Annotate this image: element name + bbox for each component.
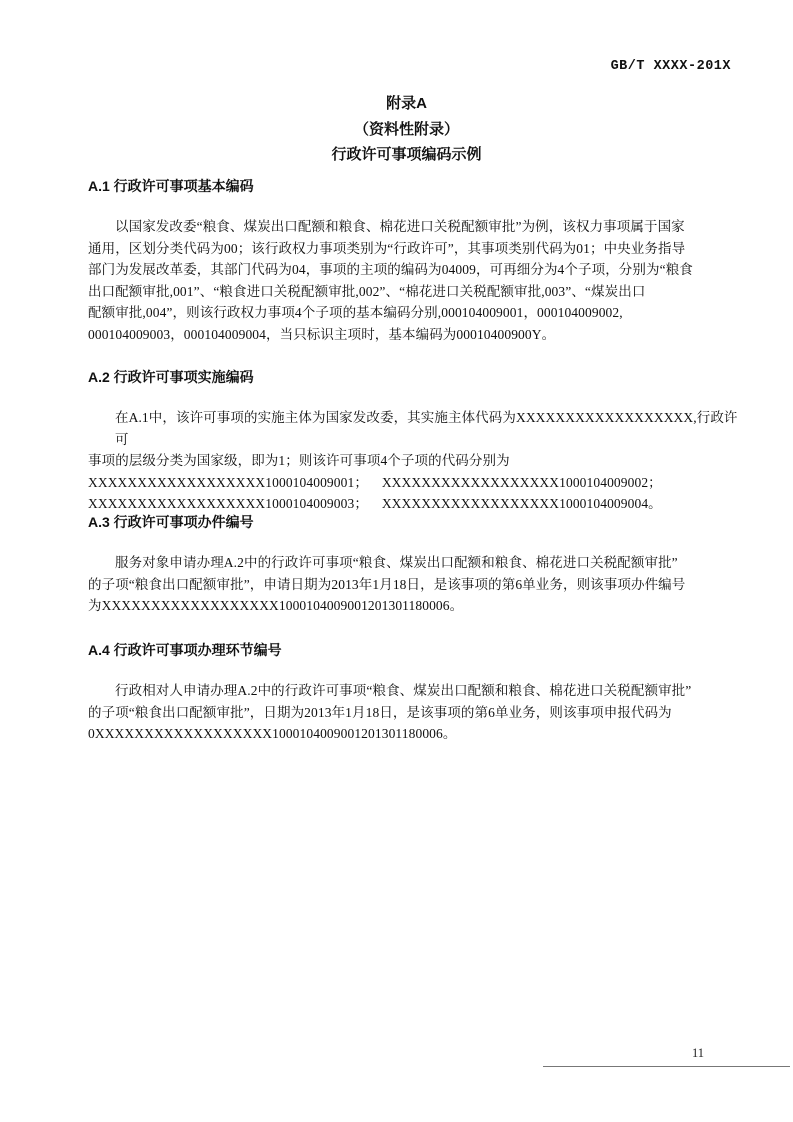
section-heading-a3: A.3 行政许可事项办件编号 — [88, 512, 725, 532]
paragraph-line: 的子项“粮食出口配额审批”，申请日期为2013年1月18日，是该事项的第6单业务… — [88, 574, 738, 596]
paragraph-line: 配额审批,004”，则该行政权力事项4个子项的基本编码分别,0001040090… — [88, 302, 738, 324]
section-heading-a2: A.2 行政许可事项实施编码 — [88, 367, 725, 387]
section-a2-paragraph: 在A.1中，该许可事项的实施主体为国家发改委，其实施主体代码为XXXXXXXXX… — [88, 407, 738, 515]
section-heading-a4: A.4 行政许可事项办理环节编号 — [88, 640, 725, 660]
section-a3-paragraph: 服务对象申请办理A.2中的行政许可事项“粮食、煤炭出口配额和粮食、棉花进口关税配… — [88, 552, 738, 617]
document-page: GB/T XXXX-201X 附录A （资料性附录） 行政许可事项编码示例 A.… — [0, 0, 793, 1122]
appendix-label: 附录A — [88, 91, 725, 117]
paragraph-line: 通用，区划分类代码为00；该行政权力事项类别为“行政许可”，其事项类别代码为01… — [88, 238, 738, 260]
section-heading-a1: A.1 行政许可事项基本编码 — [88, 176, 725, 196]
appendix-title-block: 附录A （资料性附录） 行政许可事项编码示例 — [88, 91, 725, 168]
paragraph-line: 以国家发改委“粮食、煤炭出口配额和粮食、棉花进口关税配额审批”为例，该权力事项属… — [88, 216, 738, 238]
code-line: 为XXXXXXXXXXXXXXXXXX100010400900120130118… — [88, 595, 738, 617]
page-number: 11 — [692, 1046, 704, 1061]
code-line: XXXXXXXXXXXXXXXXXX1000104009001； XXXXXXX… — [88, 472, 738, 494]
paragraph-line: 行政相对人申请办理A.2中的行政许可事项“粮食、煤炭出口配额和粮食、棉花进口关税… — [88, 680, 738, 702]
footer-rule — [543, 1066, 790, 1067]
paragraph-line: 出口配额审批,001”、“粮食进口关税配额审批,002”、“棉花进口关税配额审批… — [88, 281, 738, 303]
paragraph-line: 部门为发展改革委，其部门代码为04，事项的主项的编码为04009，可再细分为4个… — [88, 259, 738, 281]
section-a1-paragraph: 以国家发改委“粮食、煤炭出口配额和粮食、棉花进口关税配额审批”为例，该权力事项属… — [88, 216, 738, 345]
paragraph-line: 000104009003，000104009004，当只标识主项时，基本编码为0… — [88, 324, 738, 346]
paragraph-line: 的子项“粮食出口配额审批”，日期为2013年1月18日，是该事项的第6单业务，则… — [88, 702, 738, 724]
code-line: 0XXXXXXXXXXXXXXXXXX100010400900120130118… — [88, 723, 738, 745]
standard-number: GB/T XXXX-201X — [611, 59, 731, 74]
appendix-type: （资料性附录） — [88, 117, 725, 143]
paragraph-line: 事项的层级分类为国家级，即为1；则该许可事项4个子项的代码分别为 — [88, 450, 738, 472]
section-a4-paragraph: 行政相对人申请办理A.2中的行政许可事项“粮食、煤炭出口配额和粮食、棉花进口关税… — [88, 680, 738, 745]
paragraph-line: 服务对象申请办理A.2中的行政许可事项“粮食、煤炭出口配额和粮食、棉花进口关税配… — [88, 552, 738, 574]
appendix-title: 行政许可事项编码示例 — [88, 142, 725, 168]
paragraph-line: 在A.1中，该许可事项的实施主体为国家发改委，其实施主体代码为XXXXXXXXX… — [88, 407, 738, 450]
